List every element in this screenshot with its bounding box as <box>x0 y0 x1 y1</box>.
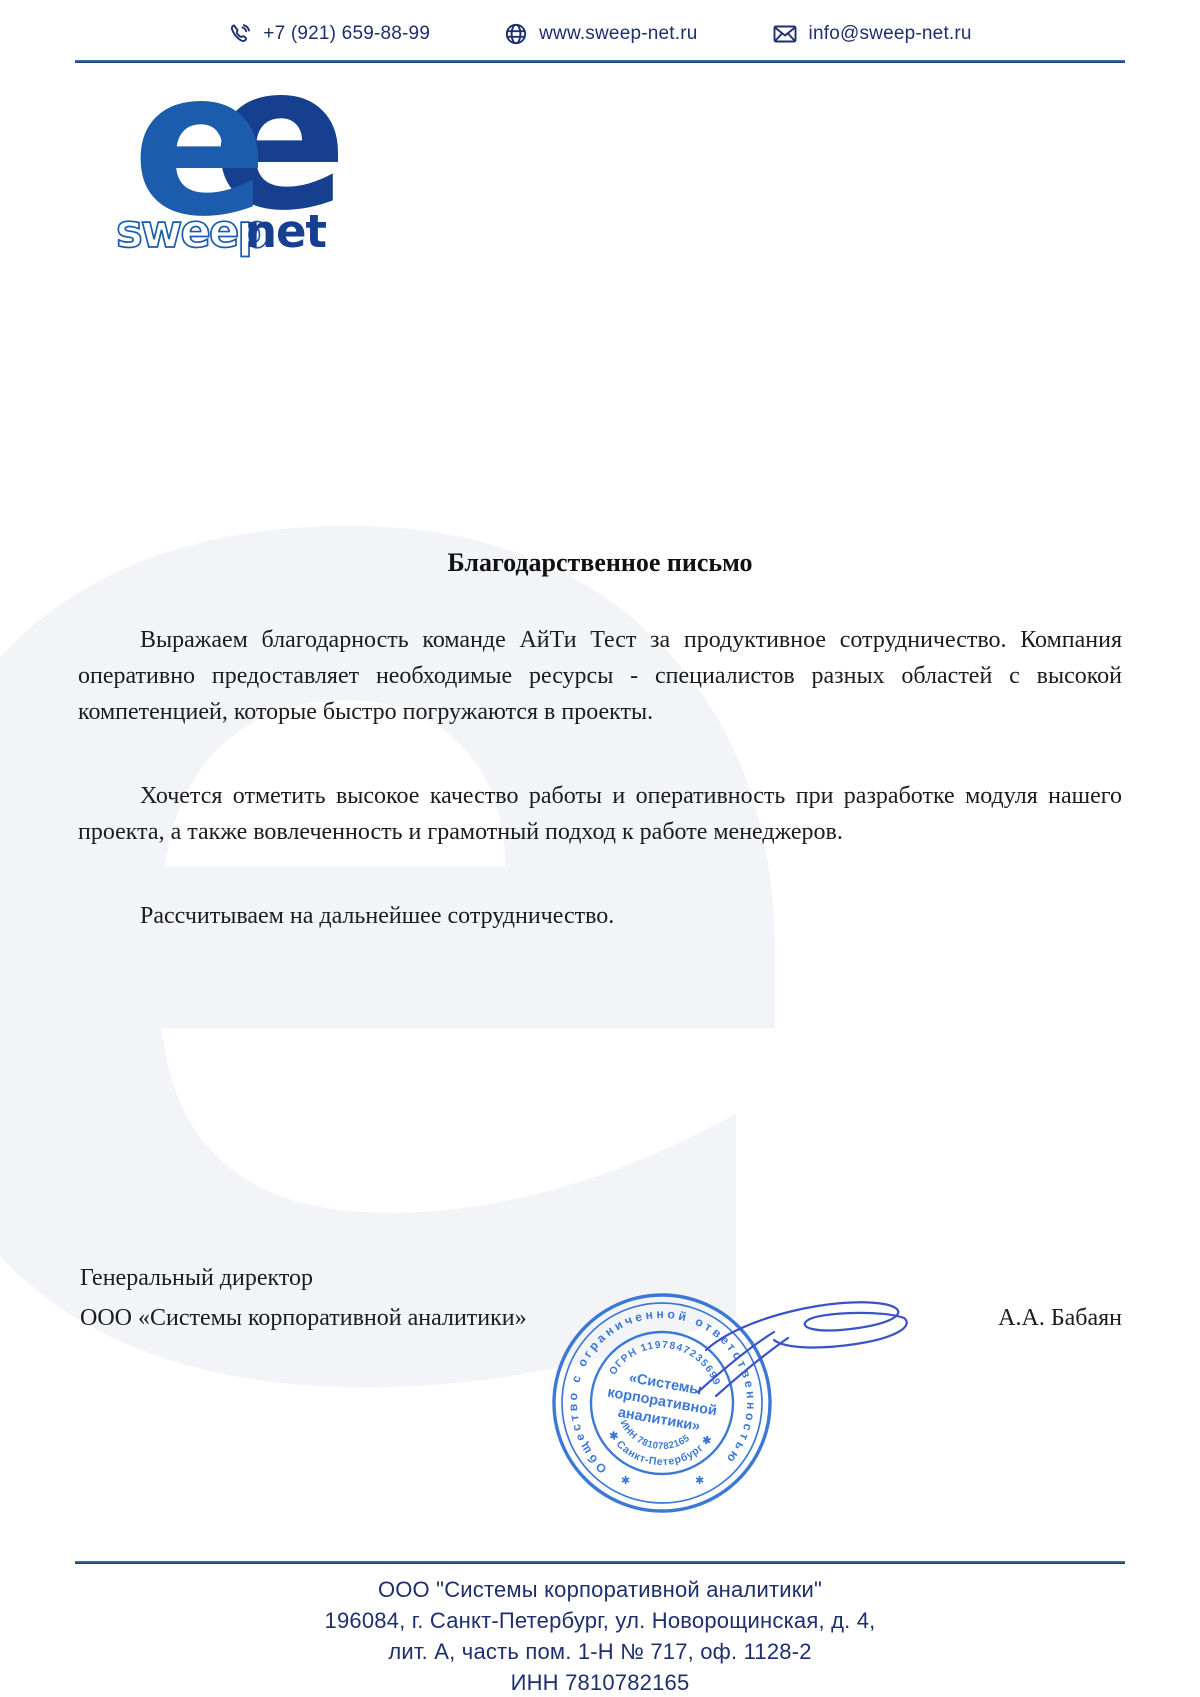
footer-divider <box>75 1561 1125 1564</box>
letter-body: Благодарственное письмо Выражаем благода… <box>78 548 1122 934</box>
footer-address-line2: лит. А, часть пом. 1-Н № 717, оф. 1128-2 <box>0 1636 1200 1667</box>
signature-scribble <box>688 1288 923 1411</box>
phone-icon <box>228 22 252 46</box>
stamp-star-right: ✱ <box>695 1475 704 1487</box>
footer-address-line1: 196084, г. Санкт-Петербург, ул. Новорощи… <box>0 1605 1200 1636</box>
stamp-star-left: ✱ <box>621 1475 630 1487</box>
website-url: www.sweep-net.ru <box>539 23 697 45</box>
letter-paragraph-1: Выражаем благодарность команде АйТи Тест… <box>78 622 1122 730</box>
phone-contact: +7 (921) 659-88-99 <box>228 22 430 46</box>
email-address: info@sweep-net.ru <box>809 23 972 45</box>
footer-company-name: ООО "Системы корпоративной аналитики" <box>0 1574 1200 1605</box>
signatory-position: Генеральный директор <box>80 1258 527 1298</box>
globe-icon <box>504 22 528 46</box>
letter-page: e +7 (921) 659-88-99 www. <box>0 0 1200 1697</box>
letter-title: Благодарственное письмо <box>78 548 1122 578</box>
website-contact: www.sweep-net.ru <box>504 22 697 46</box>
signatory-name: А.А. Бабаян <box>998 1298 1122 1338</box>
mail-icon <box>772 22 798 46</box>
footer: ООО "Системы корпоративной аналитики" 19… <box>0 1574 1200 1697</box>
logo-word-net: net <box>245 205 327 258</box>
header-divider <box>75 60 1125 63</box>
letter-paragraph-3: Рассчитываем на дальнейшее сотрудничеств… <box>78 898 1122 934</box>
company-logo: e e sweep net <box>112 95 352 265</box>
footer-inn: ИНН 7810782165 <box>0 1667 1200 1697</box>
header: +7 (921) 659-88-99 www.sweep-net.ru <box>0 22 1200 46</box>
letter-paragraph-2: Хочется отметить высокое качество работы… <box>78 778 1122 850</box>
phone-number: +7 (921) 659-88-99 <box>263 23 430 45</box>
signatory-titles: Генеральный директор ООО «Системы корпор… <box>80 1258 527 1338</box>
signatory-company: ООО «Системы корпоративной аналитики» <box>80 1298 527 1338</box>
email-contact: info@sweep-net.ru <box>772 22 972 46</box>
